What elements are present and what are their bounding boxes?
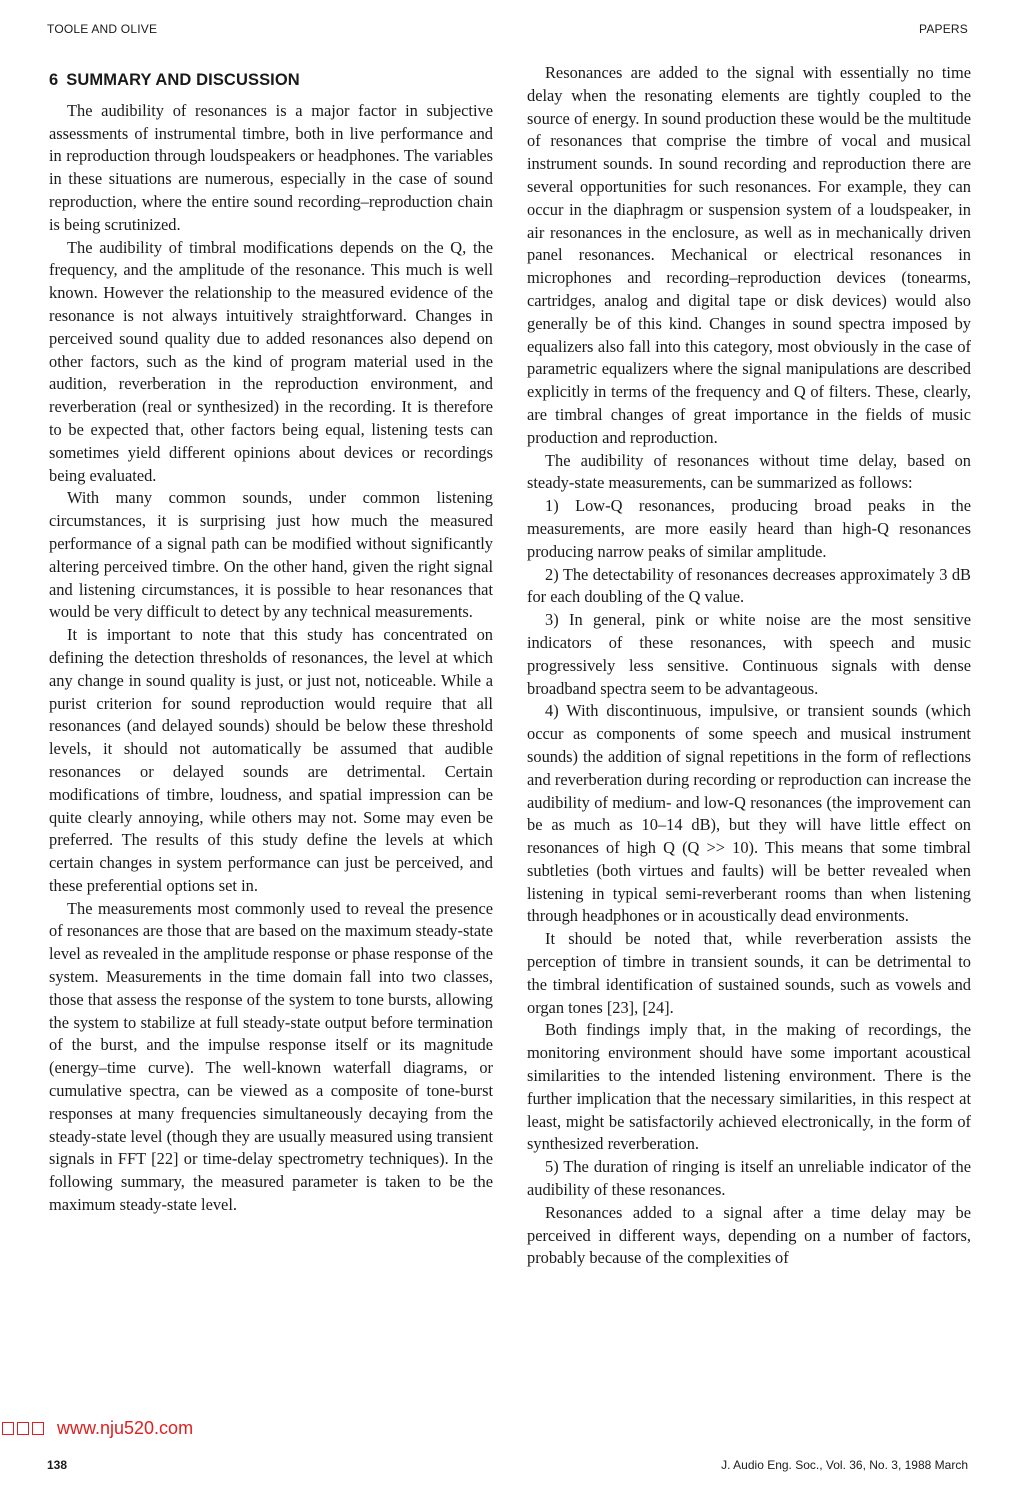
list-item: 2) The detectability of resonances decre… [527,564,971,610]
paragraph: The measurements most commonly used to r… [49,898,493,1217]
running-head-section: PAPERS [919,22,968,36]
paragraph: Resonances added to a signal after a tim… [527,1202,971,1270]
page-number: 138 [47,1458,67,1472]
paragraph: The audibility of resonances without tim… [527,450,971,496]
watermark: www.nju520.com [2,1418,193,1439]
list-item: 1) Low-Q resonances, producing broad pea… [527,495,971,563]
paragraph: With many common sounds, under common li… [49,487,493,624]
section-heading: 6SUMMARY AND DISCUSSION [49,69,493,92]
paragraph: Resonances are added to the signal with … [527,62,971,450]
journal-citation: J. Audio Eng. Soc., Vol. 36, No. 3, 1988… [721,1458,968,1472]
paragraph: The audibility of timbral modifications … [49,237,493,488]
missing-glyph-icon [2,1418,47,1438]
list-item: 4) With discontinuous, impulsive, or tra… [527,700,971,928]
section-number: 6 [49,71,58,89]
paragraph: The audibility of resonances is a major … [49,100,493,237]
paragraph: It should be noted that, while reverbera… [527,928,971,1019]
paragraph: It is important to note that this study … [49,624,493,898]
section-title: SUMMARY AND DISCUSSION [66,71,300,89]
list-item: 5) The duration of ringing is itself an … [527,1156,971,1202]
watermark-url: www.nju520.com [57,1418,193,1438]
running-head-authors: TOOLE AND OLIVE [47,22,157,36]
paragraph: Both findings imply that, in the making … [527,1019,971,1156]
right-column: Resonances are added to the signal with … [527,62,971,1270]
list-item: 3) In general, pink or white noise are t… [527,609,971,700]
left-column: 6SUMMARY AND DISCUSSION The audibility o… [49,62,493,1217]
